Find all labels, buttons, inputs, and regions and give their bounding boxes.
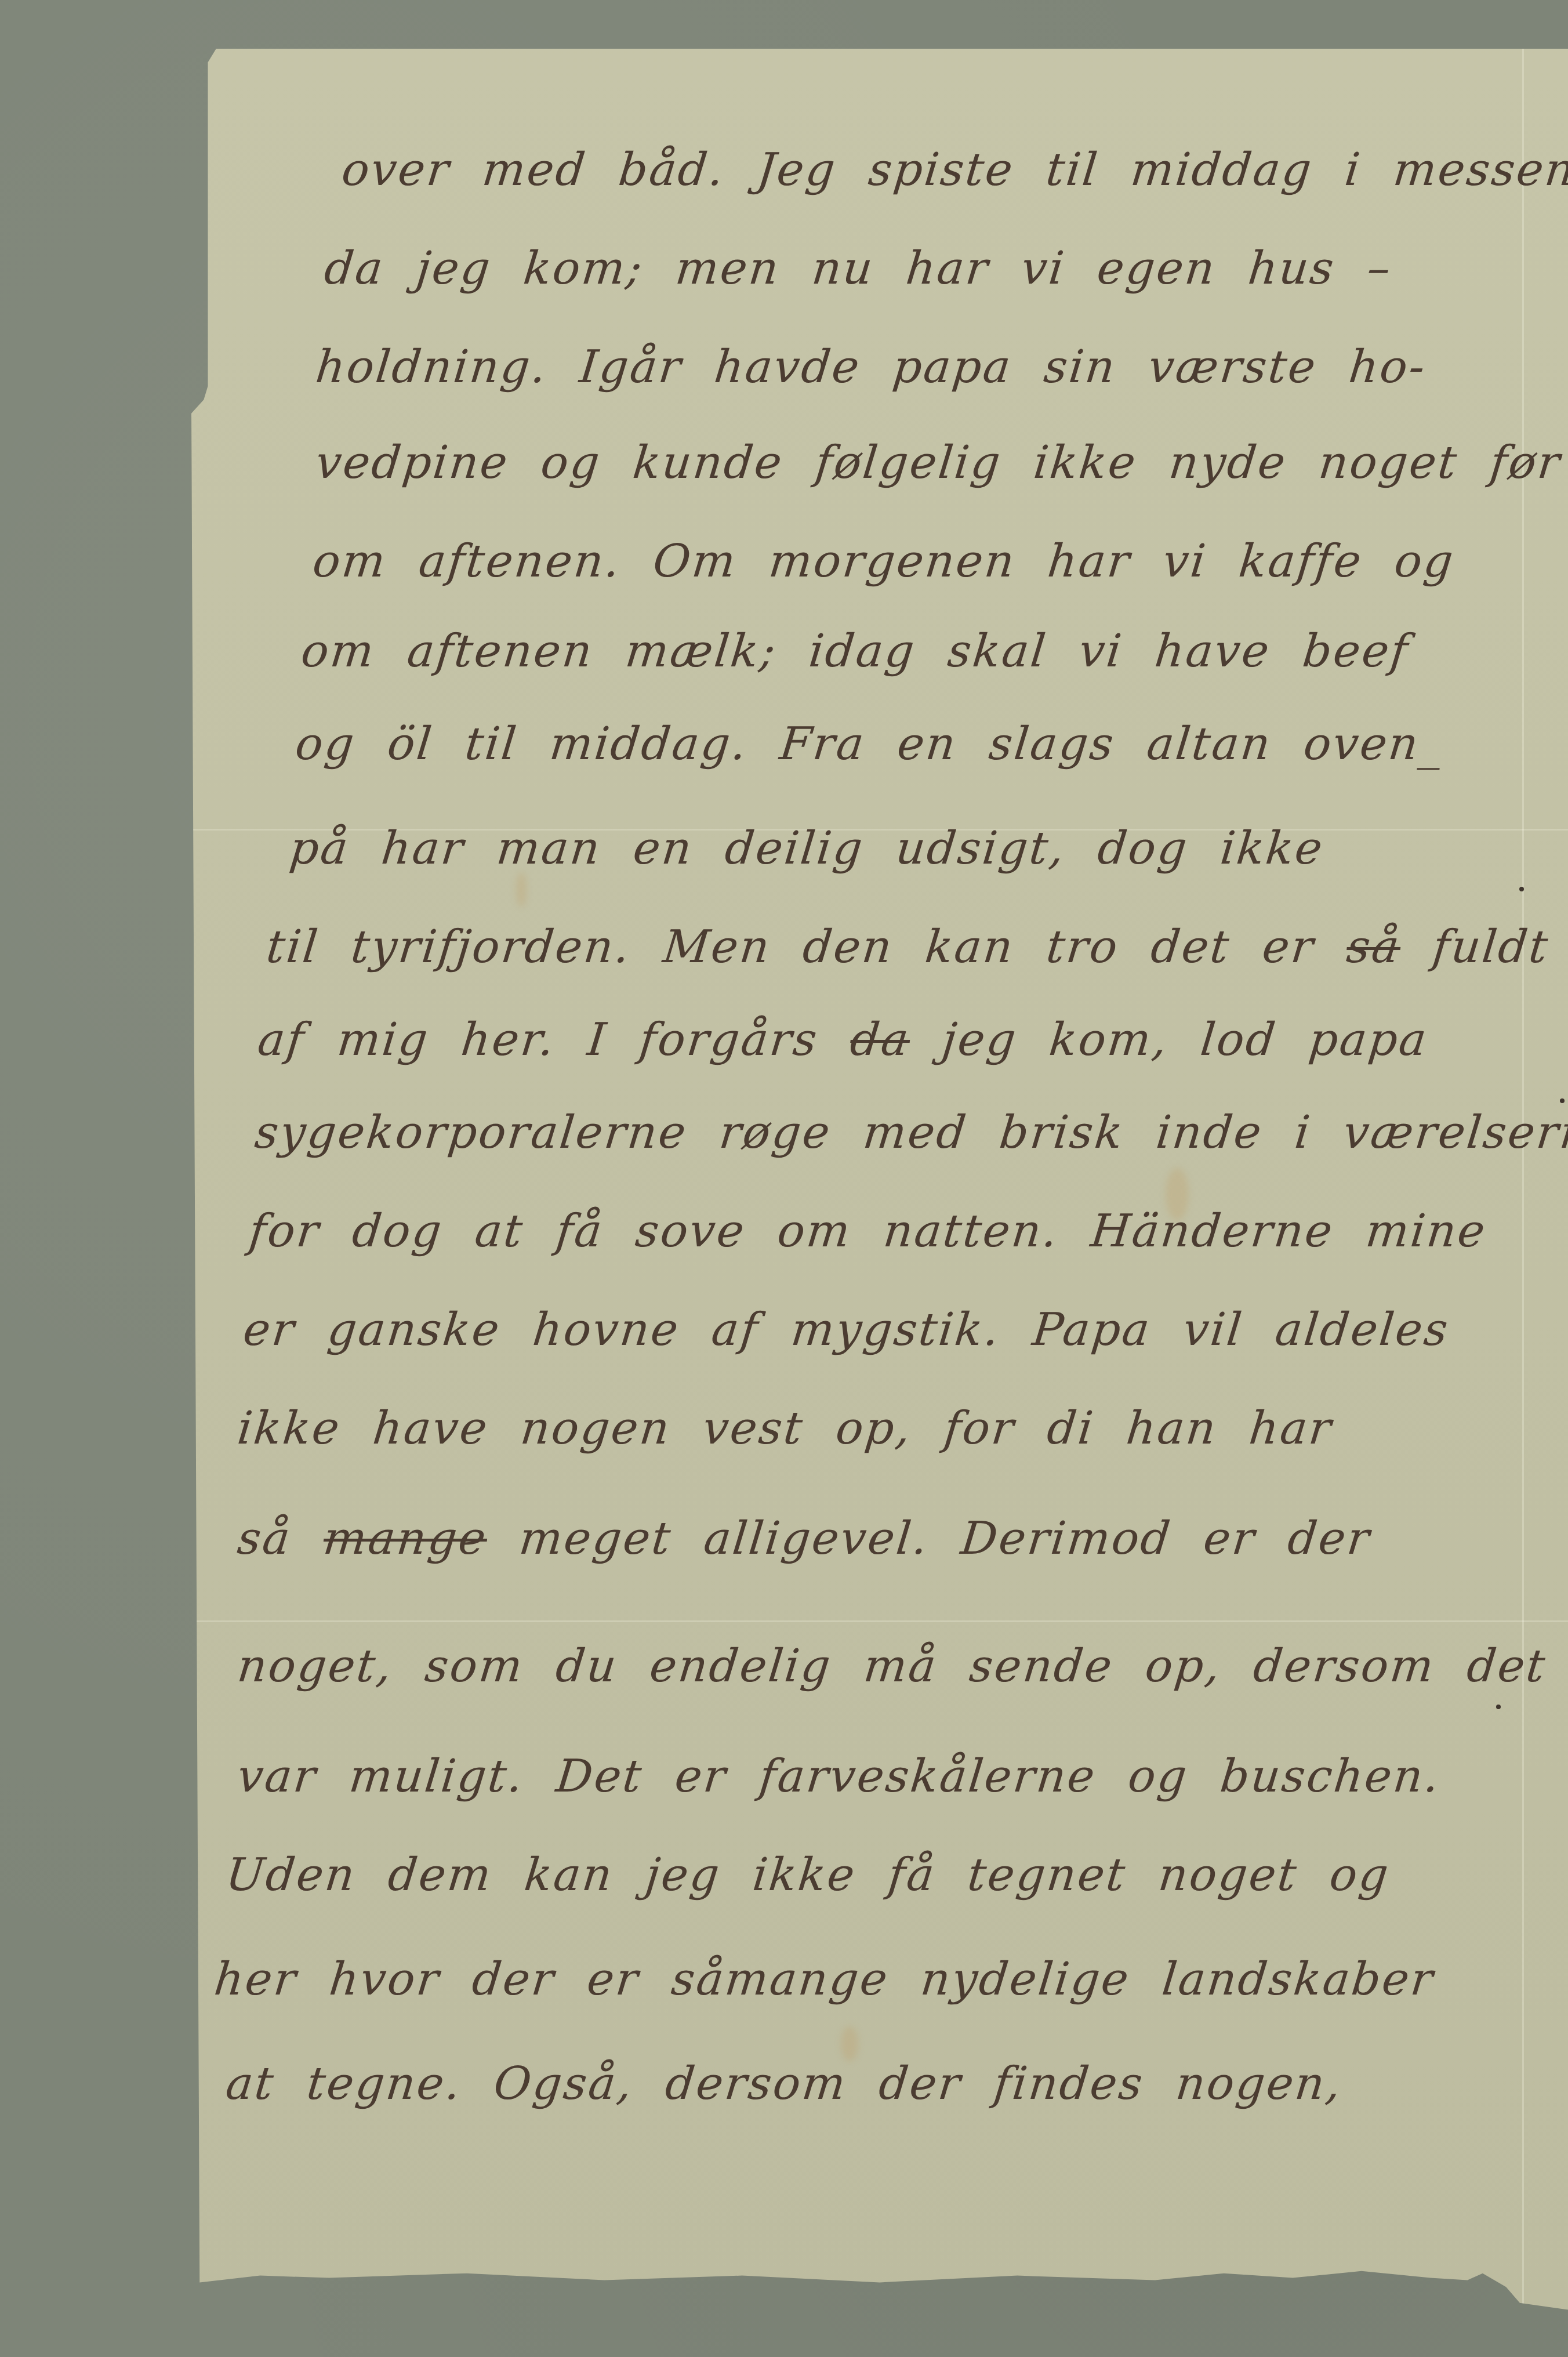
- letter-line-1: over med båd. Jeg spiste til middag i me…: [340, 147, 1568, 193]
- letter-line-3: holdning. Igår havde papa sin værste ho-: [314, 345, 1428, 390]
- ink-speck: [1519, 887, 1524, 891]
- ink-speck: [1560, 1098, 1565, 1103]
- letter-line-6: om aftenen mælk; idag skal vi have beef: [299, 629, 1411, 674]
- letter-line-10: af mig her. I forgårs da jeg kom, lod pa…: [256, 1017, 1431, 1063]
- vertical-fold-line: [1522, 49, 1524, 2328]
- letter-page: over med båd. Jeg spiste til middag i me…: [191, 49, 1568, 2328]
- letter-line-12: for dog at få sove om natten. Händerne m…: [247, 1209, 1489, 1254]
- letter-line-15: så mange meget alligevel. Derimod er der: [235, 1516, 1373, 1561]
- letter-line-11: sygekorporalerne røge med brisk inde i v…: [253, 1110, 1568, 1155]
- letter-line-14: ikke have nogen vest op, for di han har: [235, 1406, 1335, 1451]
- letter-line-4: vedpine og kunde følgelig ikke nyde noge…: [314, 440, 1563, 485]
- horizontal-fold-line: [191, 1620, 1568, 1622]
- line-text: af mig her. I forgårs: [255, 1014, 821, 1066]
- line-text-after: jeg kom, lod papa: [939, 1014, 1431, 1066]
- letter-line-20: at tegne. Også, dersom der findes nogen,: [224, 2061, 1345, 2106]
- letter-line-7: og öl til middag. Fra en slags altan ove…: [293, 721, 1446, 767]
- letter-line-9: til tyrifjorden. Men den kan tro det er …: [264, 924, 1552, 970]
- struck-word: da: [848, 1014, 913, 1066]
- letter-line-5: om aftenen. Om morgenen har vi kaffe og: [311, 539, 1457, 584]
- letter-line-8: på har man en deilig udsigt, dog ikke: [288, 826, 1326, 871]
- letter-line-19: her hvor der er såmange nydelige landska…: [212, 1957, 1437, 2002]
- paper-stain: [516, 872, 527, 907]
- letter-line-16: noget, som du endelig må sende op, derso…: [235, 1644, 1549, 1689]
- letter-line-13: er ganske hovne af mygstik. Papa vil ald…: [241, 1307, 1451, 1352]
- line-text: så: [235, 1513, 294, 1565]
- ink-speck: [1496, 1705, 1501, 1709]
- line-text-after: fuldt: [1430, 921, 1552, 973]
- struck-word: så: [1344, 921, 1403, 973]
- letter-line-2: da jeg kom; men nu har vi egen hus –: [322, 246, 1394, 291]
- letter-line-17: var muligt. Det er farveskålerne og busc…: [235, 1754, 1443, 1799]
- line-text-after: meget alligevel. Derimod er der: [517, 1513, 1373, 1565]
- paper-stain: [841, 2026, 858, 2061]
- letter-line-18: Uden dem kan jeg ikke få tegnet noget og: [224, 1852, 1392, 1898]
- struck-word: mange: [321, 1513, 490, 1565]
- line-text: til tyrifjorden. Men den kan tro det er: [264, 921, 1317, 973]
